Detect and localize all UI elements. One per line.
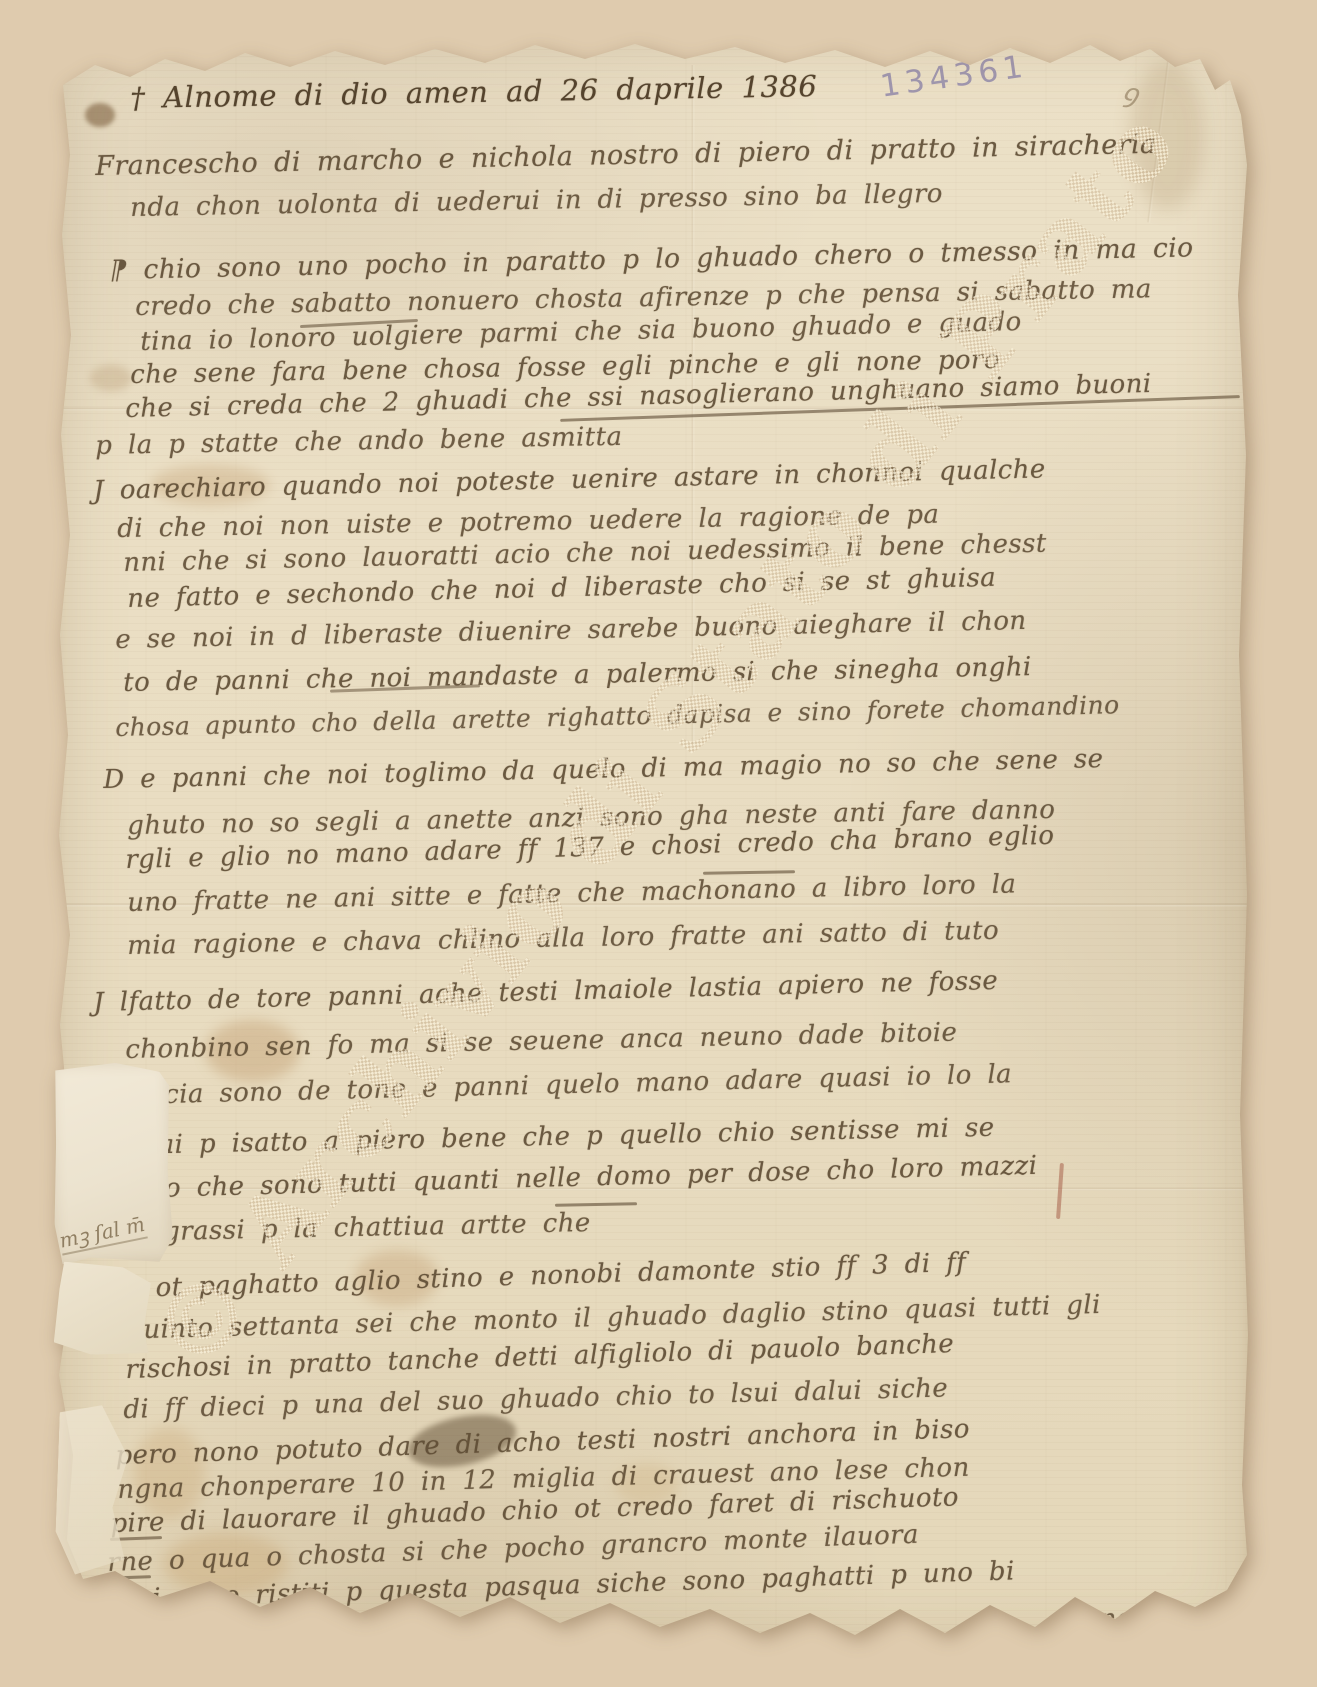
paper-surface: † Alnome di dio amen ad 26 daprile 1386 … [55, 35, 1250, 1650]
paper-sheet: † Alnome di dio amen ad 26 daprile 1386 … [55, 35, 1250, 1650]
manuscript-scan: † Alnome di dio amen ad 26 daprile 1386 … [0, 0, 1317, 1687]
folded-paper-flap: mꝫ ſal m̄ [50, 1061, 173, 1264]
torn-paper-piece [53, 1261, 151, 1356]
edge-shading [55, 35, 1250, 1650]
flap-note: mꝫ ſal m̄ [57, 1210, 148, 1256]
